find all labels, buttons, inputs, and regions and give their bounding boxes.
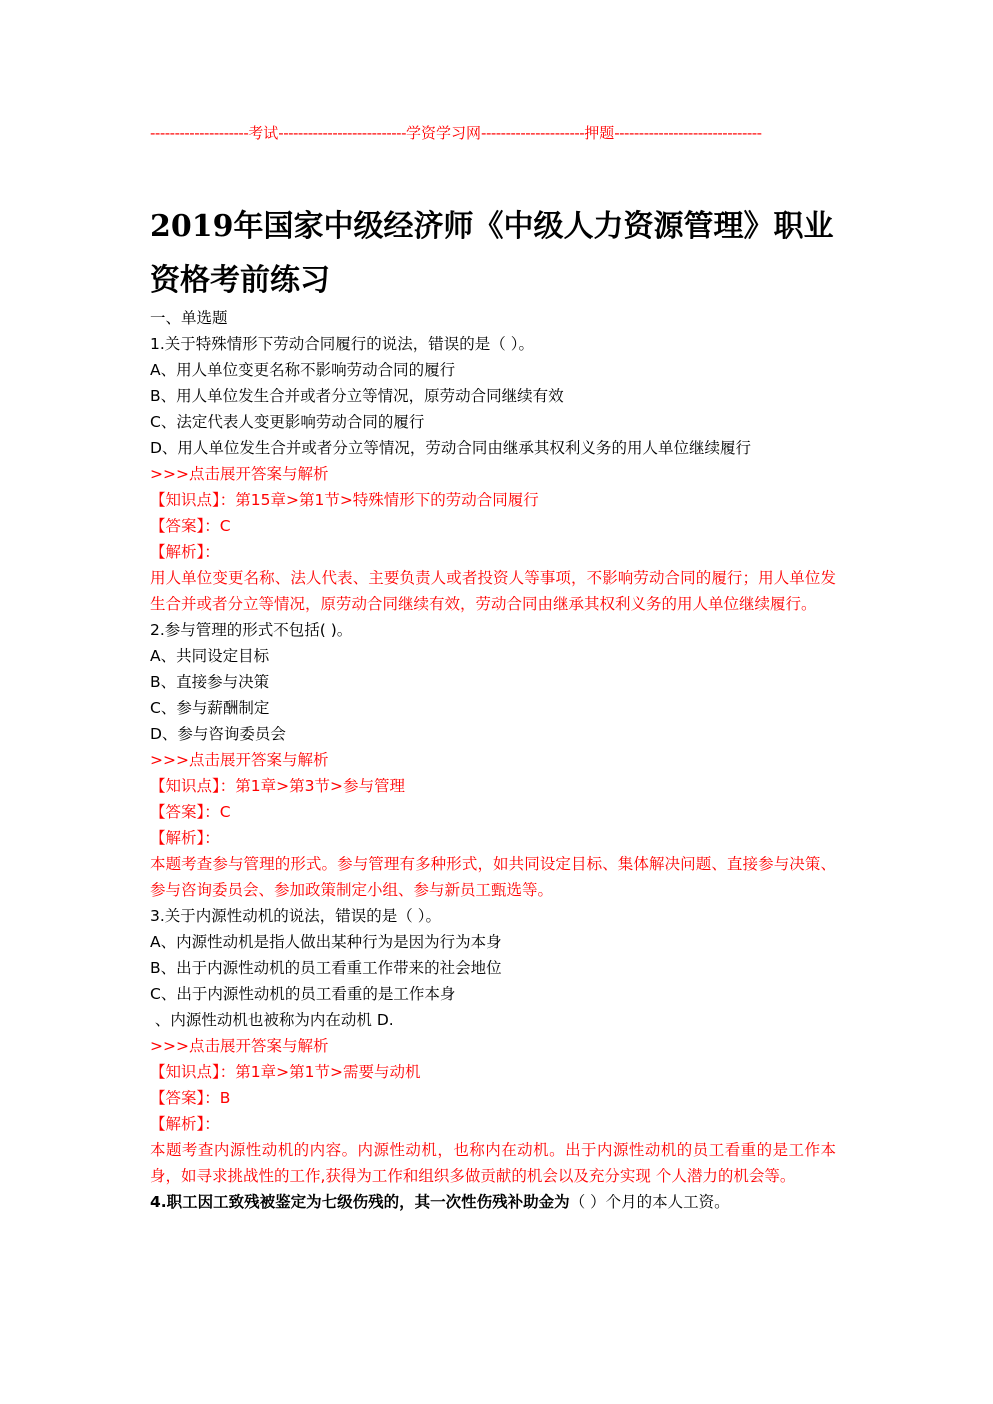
option-a: A、用人单位变更名称不影响劳动合同的履行 [150, 357, 840, 383]
question-stem: 2.参与管理的形式不包括( )。 [150, 617, 840, 643]
analysis-label: 【解析】： [150, 825, 840, 851]
question-block: 4.职工因工致残被鉴定为七级伤残的，其一次性伤残补助金为（ ）个月的本人工资。 [150, 1189, 840, 1215]
header-dash: ------------------------------ [614, 124, 761, 142]
document-body: 一、单选题 1.关于特殊情形下劳动合同履行的说法，错误的是（ ）。 A、用人单位… [150, 305, 840, 1215]
header-word-site: 学资学习网 [406, 124, 481, 142]
analysis-text: 本题考查内源性动机的内容。内源性动机，也称内在动机。出于内源性动机的员工看重的是… [150, 1137, 836, 1189]
section-heading: 一、单选题 [150, 305, 840, 331]
option-d: D、用人单位发生合并或者分立等情况，劳动合同由继承其权利义务的用人单位继续履行 [150, 435, 840, 461]
expand-answer-link[interactable]: >>>点击展开答案与解析 [150, 1033, 840, 1059]
knowledge-point: 【知识点】：第1章>第3节>参与管理 [150, 773, 840, 799]
question-block: 2.参与管理的形式不包括( )。 A、共同设定目标 B、直接参与决策 C、参与薪… [150, 617, 840, 903]
question-block: 3.关于内源性动机的说法，错误的是（ ）。 A、内源性动机是指人做出某种行为是因… [150, 903, 840, 1189]
analysis-label: 【解析】： [150, 539, 840, 565]
option-a: A、内源性动机是指人做出某种行为是因为行为本身 [150, 929, 840, 955]
question-stem: 1.关于特殊情形下劳动合同履行的说法，错误的是（ ）。 [150, 331, 840, 357]
expand-answer-link[interactable]: >>>点击展开答案与解析 [150, 461, 840, 487]
document-title: 2019年国家中级经济师《中级人力资源管理》职业资格考前练习 [150, 200, 840, 308]
option-c: C、出于内源性动机的员工看重的是工作本身 [150, 981, 840, 1007]
analysis-label: 【解析】： [150, 1111, 840, 1137]
option-d: D、参与咨询委员会 [150, 721, 840, 747]
question-block: 1.关于特殊情形下劳动合同履行的说法，错误的是（ ）。 A、用人单位变更名称不影… [150, 331, 840, 617]
analysis-text: 用人单位变更名称、法人代表、主要负责人或者投资人等事项，不影响劳动合同的履行；用… [150, 565, 836, 617]
question-stem: 3.关于内源性动机的说法，错误的是（ ）。 [150, 903, 840, 929]
header-dash: --------------------- [481, 124, 584, 142]
answer: 【答案】：B [150, 1085, 840, 1111]
knowledge-point: 【知识点】：第15章>第1节>特殊情形下的劳动合同履行 [150, 487, 840, 513]
header-word-exam: 考试 [248, 124, 278, 142]
option-b: B、出于内源性动机的员工看重工作带来的社会地位 [150, 955, 840, 981]
option-c: C、参与薪酬制定 [150, 695, 840, 721]
question-stem-rest: （ ）个月的本人工资。 [570, 1193, 730, 1211]
header-dash: -------------------- [150, 124, 248, 142]
option-d: 、内源性动机也被称为内在动机 D. [150, 1007, 840, 1033]
option-b: B、用人单位发生合并或者分立等情况，原劳动合同继续有效 [150, 383, 840, 409]
header-dash: -------------------------- [278, 124, 406, 142]
knowledge-point: 【知识点】：第1章>第1节>需要与动机 [150, 1059, 840, 1085]
option-b: B、直接参与决策 [150, 669, 840, 695]
question-stem: 4.职工因工致残被鉴定为七级伤残的，其一次性伤残补助金为（ ）个月的本人工资。 [150, 1189, 840, 1215]
header-word-predict: 押题 [584, 124, 614, 142]
option-a: A、共同设定目标 [150, 643, 840, 669]
analysis-text: 本题考查参与管理的形式。参与管理有多种形式，如共同设定目标、集体解决问题、直接参… [150, 851, 836, 903]
answer: 【答案】：C [150, 513, 840, 539]
question-stem-bold: 4.职工因工致残被鉴定为七级伤残的，其一次性伤残补助金为 [150, 1193, 570, 1211]
option-c: C、法定代表人变更影响劳动合同的履行 [150, 409, 840, 435]
answer: 【答案】：C [150, 799, 840, 825]
expand-answer-link[interactable]: >>>点击展开答案与解析 [150, 747, 840, 773]
page-header-banner: --------------------考试------------------… [150, 122, 840, 144]
